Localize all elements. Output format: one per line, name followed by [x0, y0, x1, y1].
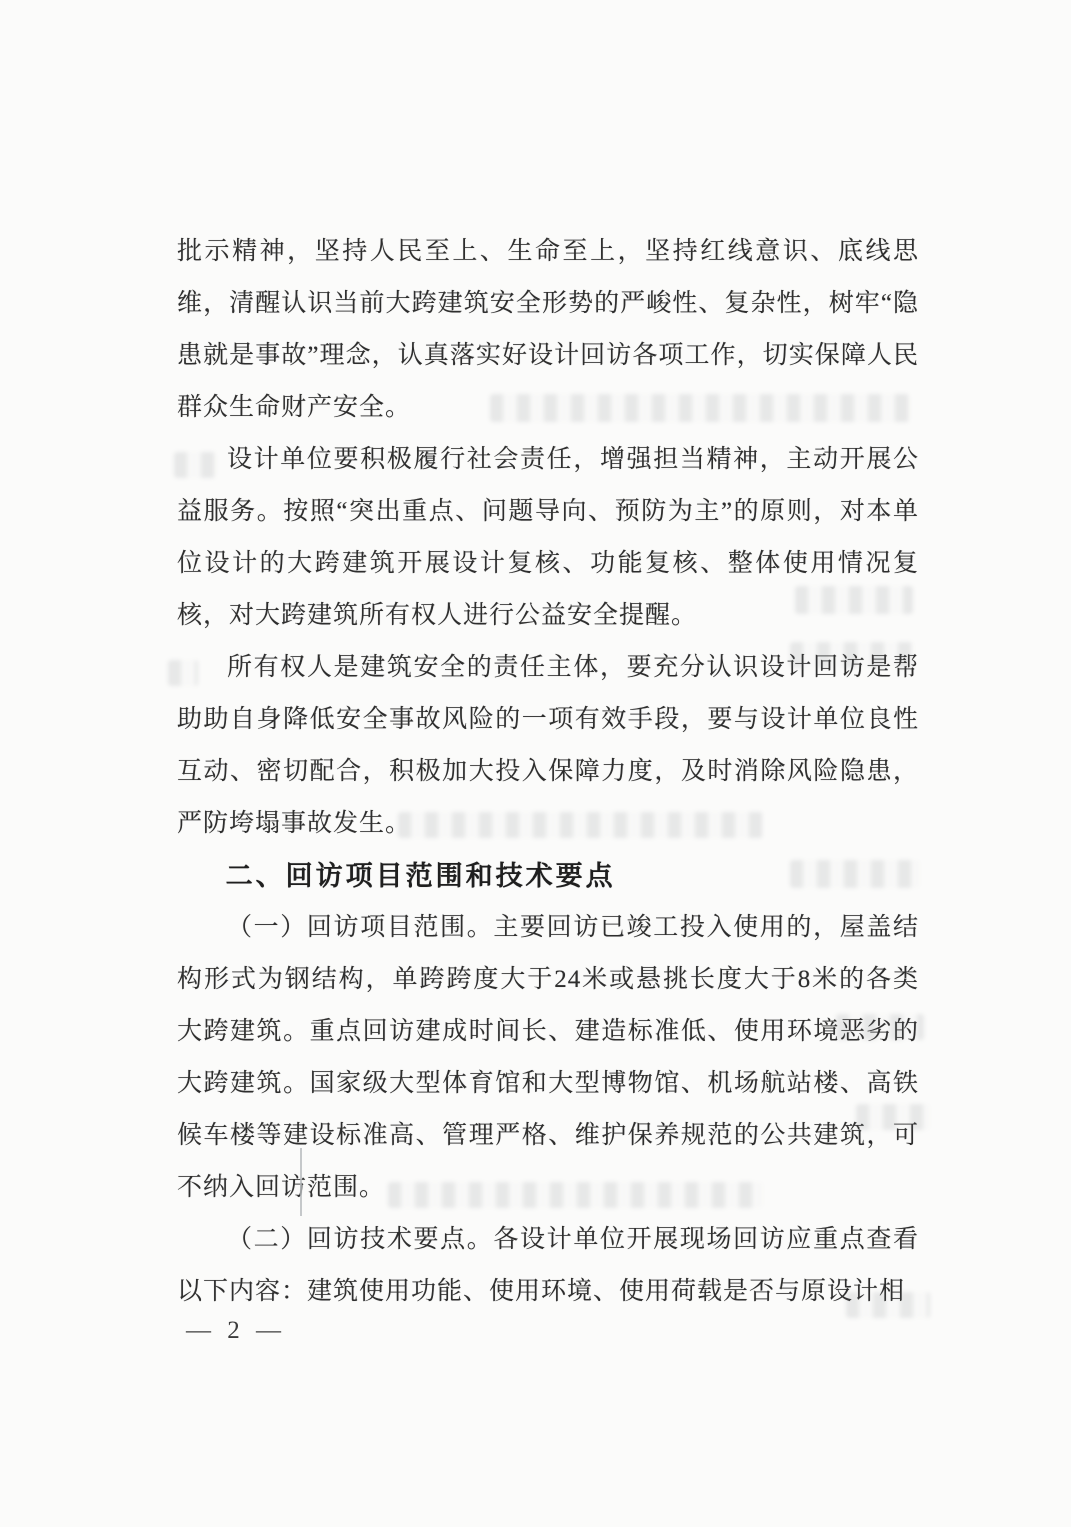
bleedthrough-mark	[856, 1104, 930, 1130]
body-paragraph: （一）回访项目范围。主要回访已竣工投入使用的，屋盖结构形式为钢结构，单跨跨度大于…	[177, 902, 919, 1214]
bleedthrough-mark	[174, 452, 216, 478]
bleedthrough-mark	[795, 586, 913, 614]
bleedthrough-mark	[846, 1292, 930, 1318]
scan-artifact-line	[300, 1148, 302, 1216]
document-body: 批示精神，坚持人民至上、生命至上，坚持红线意识、底线思维，清醒认识当前大跨建筑安…	[177, 226, 919, 1318]
scanned-document-page: 批示精神，坚持人民至上、生命至上，坚持红线意识、底线思维，清醒认识当前大跨建筑安…	[0, 0, 1071, 1527]
bleedthrough-mark	[398, 812, 763, 838]
page-number: — 2 —	[186, 1305, 286, 1357]
bleedthrough-mark	[168, 660, 198, 686]
bleedthrough-mark	[790, 642, 914, 668]
bleedthrough-mark	[490, 394, 910, 422]
bleedthrough-mark	[836, 1014, 924, 1040]
bleedthrough-mark	[388, 1182, 763, 1208]
body-paragraph: （二）回访技术要点。各设计单位开展现场回访应重点查看以下内容：建筑使用功能、使用…	[177, 1214, 919, 1318]
bleedthrough-mark	[790, 860, 920, 888]
